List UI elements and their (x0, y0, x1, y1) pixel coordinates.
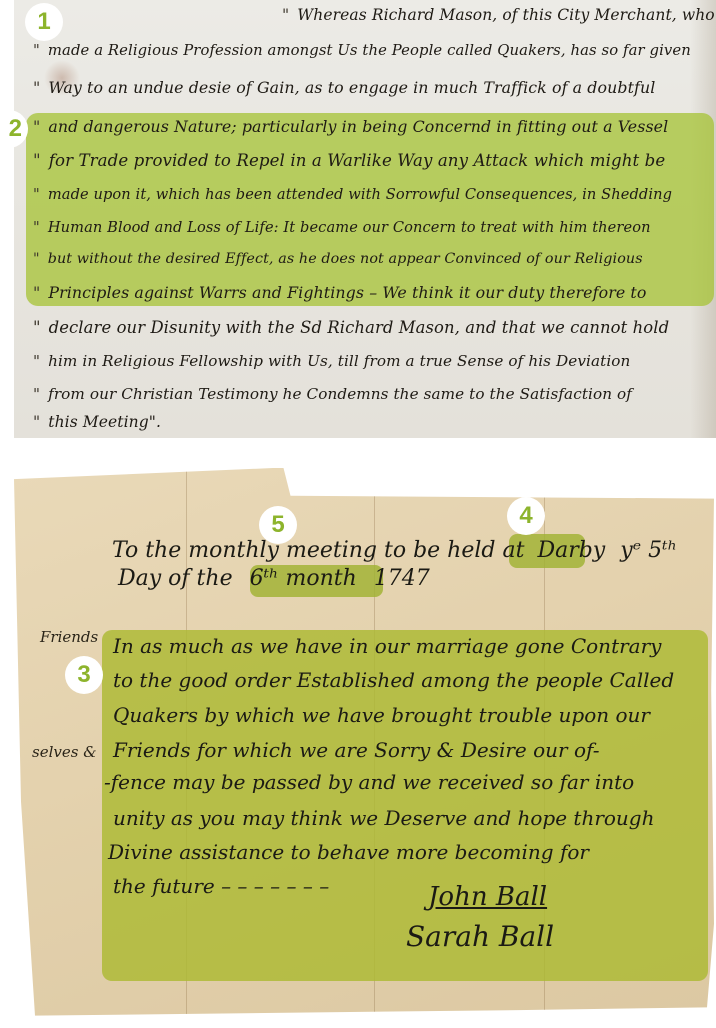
letter-body-line-2: to the good order Established among the … (113, 668, 674, 692)
letter-body-line-3: Quakers by which we have brought trouble… (113, 703, 650, 727)
annotation-badge-1: 1 (25, 3, 63, 41)
signature-sarah-ball: Sarah Ball (406, 920, 554, 953)
minute-line-2: "made a Religious Profession amongst Us … (33, 42, 691, 59)
annotation-badge-5: 5 (259, 506, 297, 544)
minute-line-5: "for Trade provided to Repel in a Warlik… (33, 151, 665, 170)
letter-heading-line-1: To the monthly meeting to be held at Dar… (112, 538, 677, 563)
minute-line-4: "and dangerous Nature; particularly in b… (33, 117, 668, 136)
minute-line-1: "Whereas Richard Mason, of this City Mer… (282, 6, 716, 24)
meeting-place: Darby (537, 538, 605, 563)
letter-body-line-1: In as much as we have in our marriage go… (113, 634, 661, 658)
minute-line-9: "Principles against Warrs and Fightings … (33, 283, 646, 302)
minute-line-3: "Way to an undue desie of Gain, as to en… (33, 78, 655, 97)
minute-line-6: "made upon it, which has been attended w… (33, 186, 672, 203)
letter-body-line-7: Divine assistance to behave more becomin… (108, 840, 589, 864)
letter-body-line-6: unity as you may think we Deserve and ho… (113, 806, 655, 830)
highlight-region-2 (26, 113, 714, 306)
letter-body-line-5: -fence may be passed by and we received … (104, 770, 634, 794)
letter-body-line-4: Friends for which we are Sorry & Desire … (113, 738, 599, 762)
signature-john-ball: John Ball (428, 882, 547, 912)
letter-heading-line-2: Day of the 6ᵗʰ month 1747 (118, 566, 430, 591)
minute-line-12: "from our Christian Testimony he Condemn… (33, 385, 632, 403)
letter-body-line-8: the future – – – – – – – (113, 874, 329, 898)
minute-line-7: "Human Blood and Loss of Life: It became… (33, 219, 651, 236)
annotation-badge-4: 4 (507, 497, 545, 535)
meeting-month: 6ᵗʰ month (250, 566, 357, 591)
minute-line-11: "him in Religious Fellowship with Us, ti… (33, 352, 630, 370)
margin-note-friends: Friends (40, 628, 98, 646)
minute-line-8: "but without the desired Effect, as he d… (33, 251, 643, 267)
annotation-badge-3: 3 (65, 656, 103, 694)
minute-line-13: "this Meeting". (33, 413, 161, 431)
margin-note-selves: selves & (32, 743, 97, 761)
minute-line-10: "declare our Disunity with the Sd Richar… (33, 318, 669, 337)
